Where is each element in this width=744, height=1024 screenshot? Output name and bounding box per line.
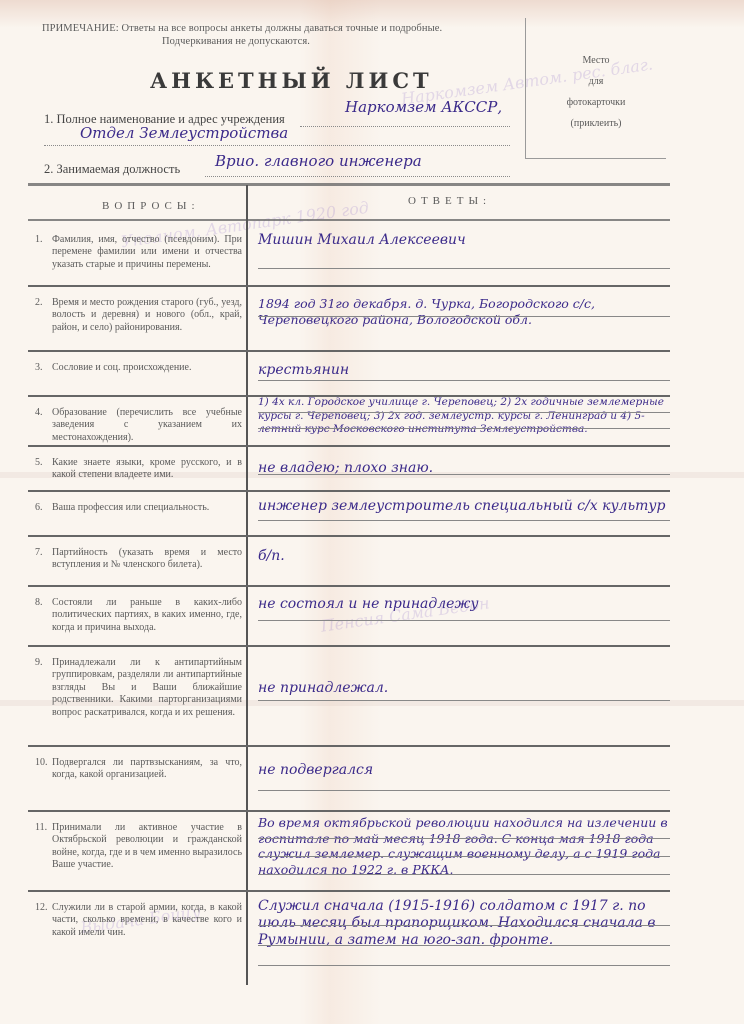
- question-text: Какие знаете языки, кроме русского, и в …: [52, 457, 242, 480]
- answer-11[interactable]: Во время октябрьской революции находился…: [258, 815, 678, 877]
- answer-4[interactable]: 1) 4х кл. Городское училище г. Череповец…: [258, 396, 678, 437]
- answer-6[interactable]: инженер землеустроитель специальный с/х …: [258, 498, 678, 515]
- answer-ruled-line: [258, 428, 670, 429]
- question-text: Состояли ли раньше в каких-либо политиче…: [52, 597, 242, 633]
- answer-ruled-line: [258, 874, 670, 875]
- answer-ruled-line: [258, 925, 670, 926]
- question-number: 11.: [35, 822, 47, 834]
- answer-3[interactable]: крестьянин: [258, 362, 678, 379]
- question-number: 6.: [35, 502, 43, 514]
- question-number: 3.: [35, 362, 43, 374]
- answer-ruled-line: [258, 856, 670, 857]
- row-divider: [28, 645, 670, 647]
- answer-ruled-line: [258, 316, 670, 317]
- question-text: Время и место рождения старого (губ., уе…: [52, 297, 242, 333]
- answer-8[interactable]: не состоял и не принадлежу: [258, 596, 678, 613]
- question-5: 5.Какие знаете языки, кроме русского, и …: [52, 457, 242, 482]
- row-divider: [28, 445, 670, 447]
- question-text: Принимали ли активное участие в Октябрьс…: [52, 822, 242, 870]
- answer-ruled-line: [258, 520, 670, 521]
- answer-12[interactable]: Служил сначала (1915-1916) солдатом с 19…: [258, 898, 678, 949]
- photo-label: фотокарточки: [526, 92, 666, 113]
- dotted-line: [44, 145, 510, 146]
- question-2: 2.Время и место рождения старого (губ., …: [52, 297, 242, 334]
- dotted-line: [300, 126, 510, 127]
- note-line-2: Подчеркивания не допускаются.: [42, 35, 442, 48]
- note-line-1: ПРИМЕЧАНИЕ: Ответы на все вопросы анкеты…: [42, 23, 442, 34]
- question-text: Служили ли в старой армии, когда, в како…: [52, 902, 242, 938]
- question-text: Подвергался ли партвзысканиям, за что, к…: [52, 757, 242, 780]
- question-number: 2.: [35, 297, 43, 309]
- answer-10[interactable]: не подвергался: [258, 762, 678, 779]
- photo-label: для: [526, 71, 666, 92]
- answer-1[interactable]: Мишин Михаил Алексеевич: [258, 232, 678, 249]
- question-number: 5.: [35, 457, 43, 469]
- answer-ruled-line: [258, 838, 670, 839]
- answer-ruled-line: [258, 945, 670, 946]
- answers-header: ОТВЕТЫ:: [408, 195, 491, 207]
- question-text: Ваша профессия или специальность.: [52, 502, 209, 513]
- question-text: Фамилия, имя, отчество (псевдоним). При …: [52, 234, 242, 270]
- photo-placeholder: Место для фотокарточки (приклеить): [525, 18, 666, 159]
- photo-label: (приклеить): [526, 113, 666, 134]
- page-title: АНКЕТНЫЙ ЛИСТ: [150, 68, 433, 93]
- answer-ruled-line: [258, 700, 670, 701]
- answer-ruled-line: [258, 474, 670, 475]
- question-4: 4.Образование (перечислить все учебные з…: [52, 407, 242, 444]
- answer-7[interactable]: б/п.: [258, 548, 678, 565]
- note: ПРИМЕЧАНИЕ: Ответы на все вопросы анкеты…: [42, 22, 442, 48]
- question-9: 9.Принадлежали ли к антипартийным группи…: [52, 657, 242, 719]
- question-12: 12.Служили ли в старой армии, когда, в к…: [52, 902, 242, 939]
- row-divider: [28, 490, 670, 492]
- row-divider: [28, 285, 670, 287]
- question-number: 4.: [35, 407, 43, 419]
- question-text: Образование (перечислить все учебные зав…: [52, 407, 242, 443]
- row-divider: [28, 535, 670, 537]
- header-divider: [28, 219, 670, 221]
- row-divider: [28, 890, 670, 892]
- institution-value-2[interactable]: Отдел Землеустройства: [80, 124, 288, 142]
- question-text: Сословие и соц. происхождение.: [52, 362, 191, 373]
- row-divider: [28, 585, 670, 587]
- answer-9[interactable]: не принадлежал.: [258, 680, 678, 697]
- dotted-line: [205, 176, 510, 177]
- question-text: Партийность (указать время и место вступ…: [52, 547, 242, 570]
- position-value[interactable]: Врио. главного инженера: [215, 152, 422, 170]
- question-3: 3.Сословие и соц. происхождение.: [52, 362, 242, 374]
- question-number: 12.: [35, 902, 48, 914]
- question-7: 7.Партийность (указать время и место вст…: [52, 547, 242, 572]
- question-number: 8.: [35, 597, 43, 609]
- answer-ruled-line: [258, 412, 670, 413]
- question-1: 1.Фамилия, имя, отчество (псевдоним). Пр…: [52, 234, 242, 271]
- questions-header: ВОПРОСЫ:: [102, 200, 200, 212]
- answer-ruled-line: [258, 965, 670, 966]
- answer-ruled-line: [258, 790, 670, 791]
- answer-ruled-line: [258, 268, 670, 269]
- question-text: Принадлежали ли к антипартийным группиро…: [52, 657, 242, 718]
- photo-label: Место: [526, 50, 666, 71]
- answer-2[interactable]: 1894 год 31го декабря. д. Чурка, Богород…: [258, 296, 678, 327]
- question-8: 8.Состояли ли раньше в каких-либо полити…: [52, 597, 242, 634]
- question-number: 1.: [35, 234, 43, 246]
- question-number: 10.: [35, 757, 48, 769]
- row-divider: [28, 350, 670, 352]
- position-label: 2. Занимаемая должность: [44, 162, 180, 177]
- answer-ruled-line: [258, 620, 670, 621]
- question-11: 11.Принимали ли активное участие в Октяб…: [52, 822, 242, 872]
- answer-ruled-line: [258, 380, 670, 381]
- question-number: 7.: [35, 547, 43, 559]
- row-divider: [28, 810, 670, 812]
- institution-value[interactable]: Наркомзем АКССР,: [345, 98, 502, 116]
- question-10: 10.Подвергался ли партвзысканиям, за что…: [52, 757, 242, 782]
- document-page: Наркомзем Автом. рес. благ. Уполном. Авт…: [0, 0, 744, 1024]
- row-divider: [28, 745, 670, 747]
- question-6: 6.Ваша профессия или специальность.: [52, 502, 242, 514]
- question-number: 9.: [35, 657, 43, 669]
- table-top-border: [28, 183, 670, 186]
